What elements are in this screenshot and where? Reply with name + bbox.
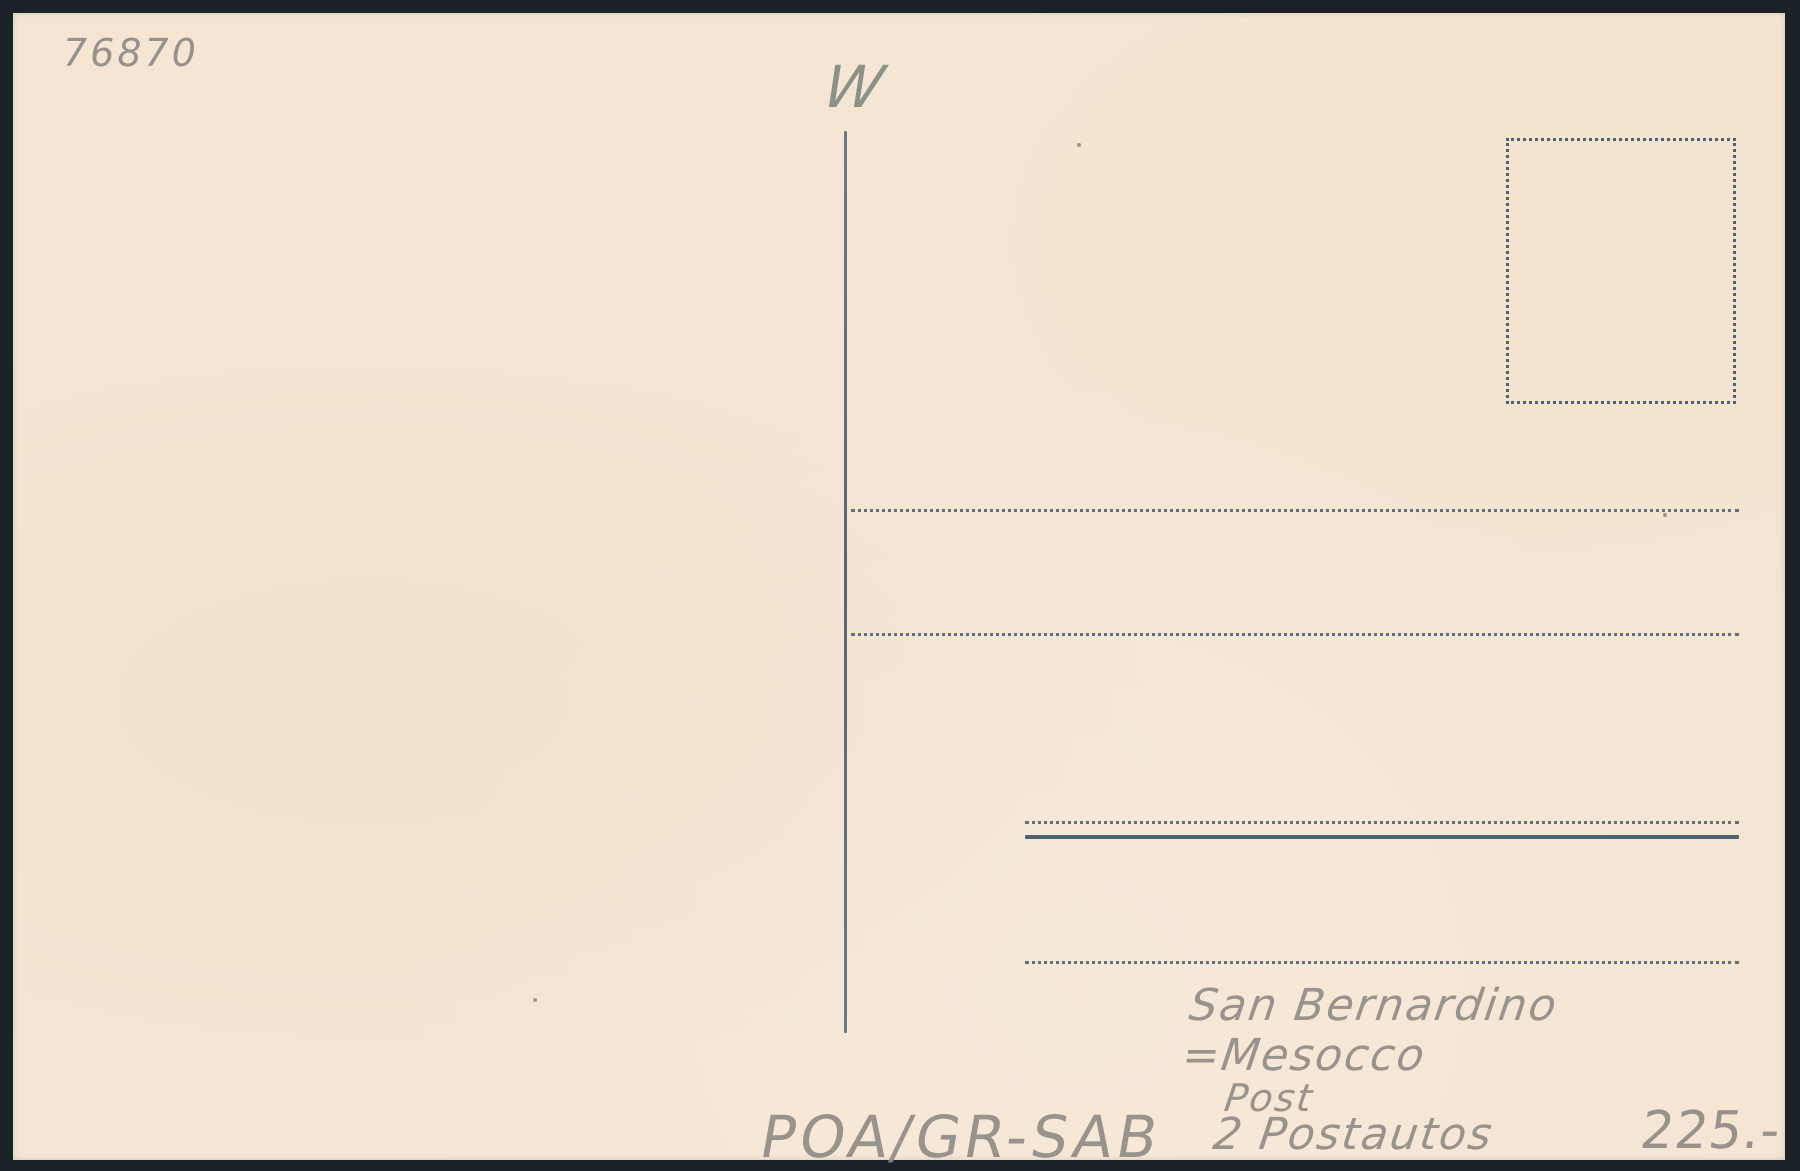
location-note: San Bernardino =Mesocco Post 2 Postautos	[1169, 981, 1561, 1155]
pencil-mark: W	[818, 53, 892, 121]
address-line-1	[851, 509, 1739, 512]
stamp-box	[1506, 138, 1736, 404]
postcard-back: 76870 W San Bernardino =Mesocco Post 2 P…	[13, 13, 1785, 1160]
price-note: 225.-	[1637, 1101, 1785, 1161]
paper-speck	[1663, 513, 1667, 517]
inventory-number: 76870	[63, 31, 199, 75]
location-line-2: =Mesocco	[1179, 1031, 1554, 1081]
catalog-code: POA/GR-SAB	[755, 1103, 1167, 1171]
paper-speck	[1077, 143, 1081, 147]
paper-speck	[533, 998, 537, 1002]
location-line-4: 2 Postautos	[1169, 1115, 1543, 1155]
address-line-2	[851, 633, 1739, 636]
address-underline	[1025, 835, 1739, 839]
center-divider-line	[844, 131, 847, 1033]
address-line-3	[1025, 821, 1739, 824]
address-line-4	[1025, 961, 1739, 964]
location-line-1: San Bernardino	[1186, 981, 1561, 1031]
